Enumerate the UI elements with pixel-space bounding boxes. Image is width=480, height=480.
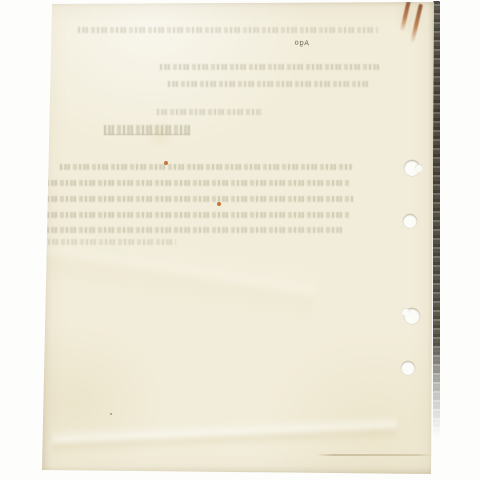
rust-stain-streak bbox=[400, 0, 411, 32]
punch-hole bbox=[403, 214, 417, 228]
ghost-text-line bbox=[157, 109, 261, 115]
rust-speck bbox=[217, 202, 221, 206]
ghost-text-line bbox=[47, 196, 353, 202]
punch-hole bbox=[401, 361, 415, 375]
paper-sheet: Ago bbox=[42, 2, 434, 474]
paper-crease-bottom bbox=[316, 454, 434, 456]
ghost-text-line bbox=[47, 180, 350, 186]
ghost-heading-underlined bbox=[104, 125, 190, 135]
background-object-edge bbox=[433, 1, 440, 438]
paper-crease-middle bbox=[39, 221, 320, 323]
ink-stamp-mark: Ago bbox=[294, 39, 309, 48]
ghost-text-line bbox=[48, 239, 176, 245]
ghost-text-line bbox=[168, 81, 370, 87]
ghost-text-line bbox=[160, 64, 380, 70]
punch-hole-notch bbox=[402, 308, 410, 316]
rust-stain-streak bbox=[410, 4, 422, 44]
punch-hole-notch bbox=[415, 164, 423, 172]
ghost-text-line bbox=[47, 212, 350, 218]
ghost-text-line bbox=[78, 27, 378, 33]
scan-background: Ago bbox=[0, 0, 480, 480]
paper-fold-highlight bbox=[52, 414, 398, 455]
ghost-text-line bbox=[60, 164, 352, 170]
ghost-text-line bbox=[47, 227, 345, 233]
rust-speck bbox=[164, 161, 168, 165]
rust-speck bbox=[110, 413, 112, 415]
